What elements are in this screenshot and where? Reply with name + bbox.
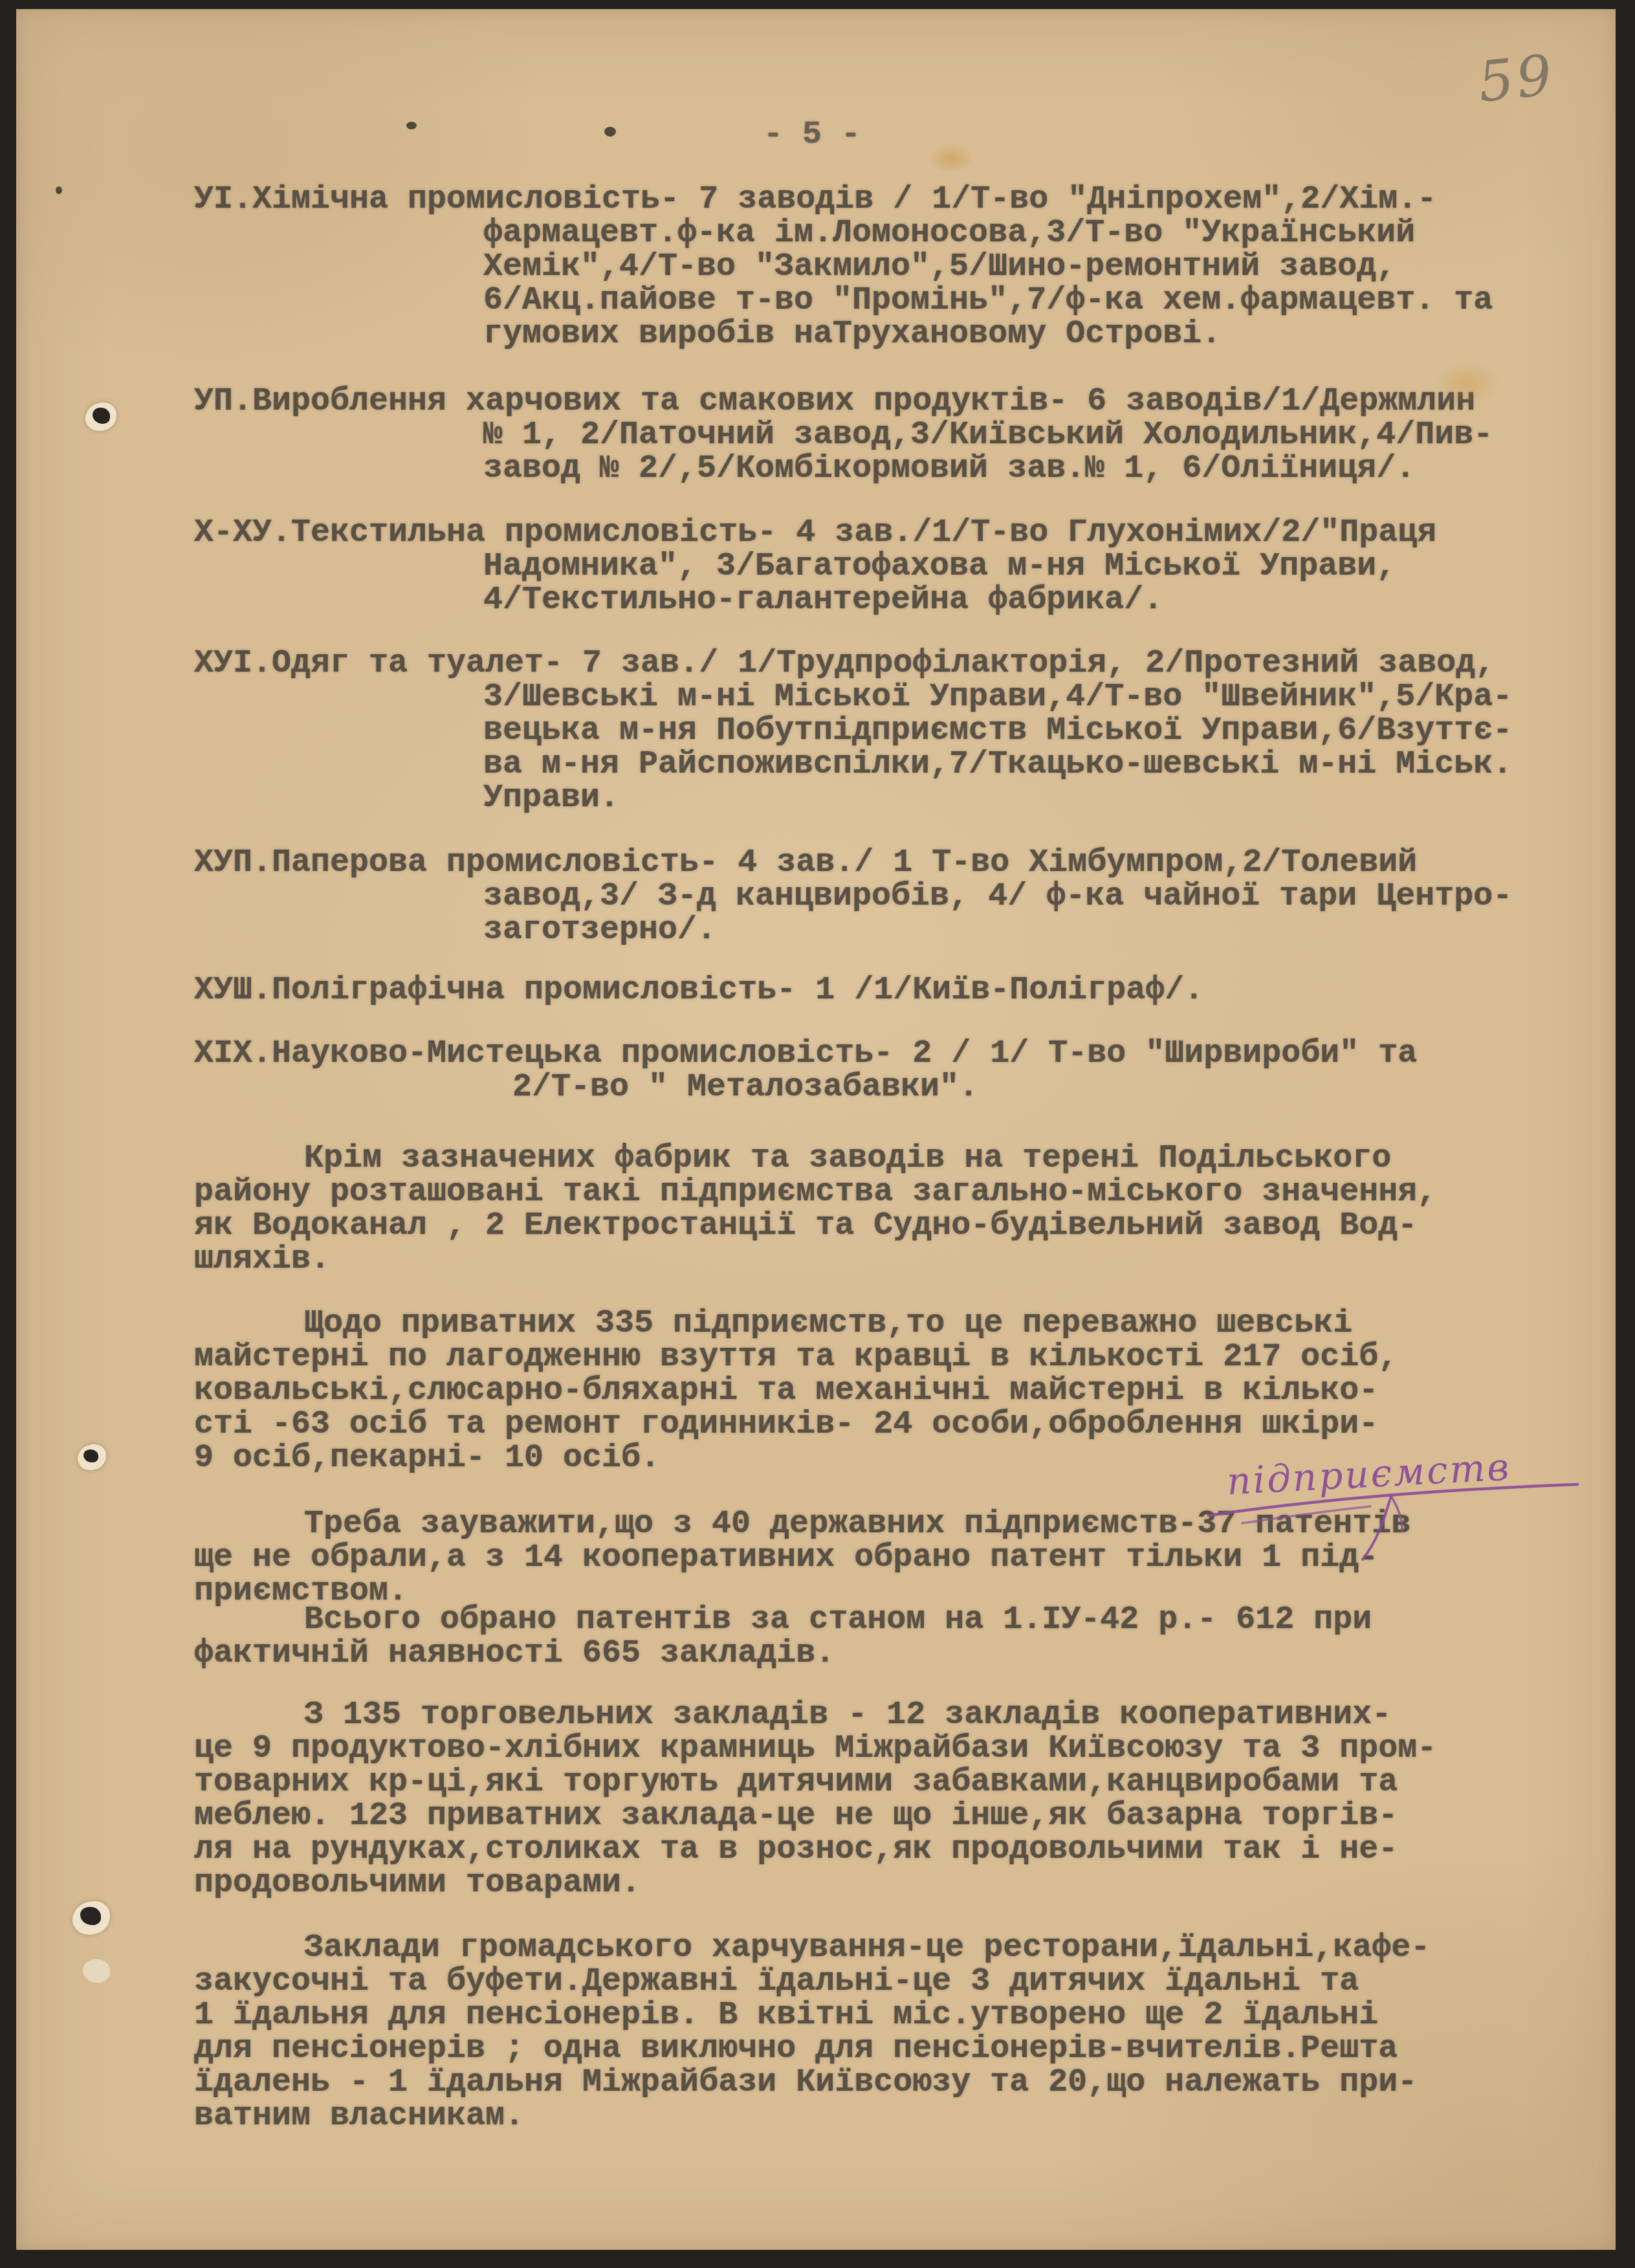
typed-line: ХІХ.Науково-Мистецька промисловість- 2 /… — [194, 1037, 1527, 1071]
paper-dent — [83, 1959, 110, 1983]
typed-page-marker: - 5 - — [763, 118, 958, 152]
ink-speck — [56, 186, 62, 194]
typed-line: меблею. 123 приватних заклада-це не що і… — [194, 1800, 1527, 1833]
typed-line: завод № 2/,5/Комбікормовий зав.№ 1, 6/Ол… — [194, 452, 1527, 486]
typed-line: закусочні та буфети.Державні їдальні-це … — [194, 1965, 1527, 1999]
typed-line: завод,3/ З-д канцвиробів, 4/ ф-ка чайної… — [194, 880, 1527, 914]
section-xvii-paper-industry: ХУП.Паперова промисловість- 4 зав./ 1 Т-… — [194, 846, 1527, 947]
typed-line: 4/Текстильно-галантерейна фабрика/. — [194, 584, 1527, 617]
typed-line: ля на рундуках,столиках та в рознос,як п… — [194, 1833, 1527, 1867]
section-xix-arts-industry: ХІХ.Науково-Мистецька промисловість- 2 /… — [194, 1037, 1527, 1105]
typed-line: 3/Шевські м-ні Міської Управи,4/Т-во "Шв… — [194, 681, 1527, 714]
section-xvi-clothing: ХУІ.Одяг та туалет- 7 зав./ 1/Трудпрофіл… — [194, 647, 1527, 815]
typed-line: вецька м-ня Побутпідприємств Міської Упр… — [194, 714, 1527, 748]
typed-line: гумових виробів наТрухановому Острові. — [194, 318, 1527, 351]
paragraph-catering-establishments: Заклади громадського харчування-це ресто… — [194, 1932, 1527, 2133]
typed-line: заготзерно/. — [194, 914, 1527, 947]
typed-line: З 135 торговельних закладів - 12 закладі… — [194, 1699, 1527, 1732]
typed-line: 6/Акц.пайове т-во "Промінь",7/ф-ка хем.ф… — [194, 284, 1527, 318]
typed-line: Заклади громадського харчування-це ресто… — [194, 1932, 1527, 1965]
typed-line: фармацевт.ф-ка ім.Ломоносова,3/Т-во "Укр… — [194, 217, 1527, 250]
ink-speck — [604, 127, 616, 137]
typed-line: як Водоканал , 2 Електростанції та Судно… — [194, 1209, 1527, 1243]
section-x-xv-textile-industry: Х-ХУ.Текстильна промисловість- 4 зав./1/… — [194, 516, 1527, 617]
typed-line: ва м-ня Райспоживспілки,7/Ткацько-шевськ… — [194, 748, 1527, 782]
handwritten-page-number: 59 — [1475, 43, 1557, 115]
typed-line: шляхів. — [194, 1243, 1527, 1277]
typed-line: Хемік",4/Т-во "Закмило",5/Шино-ремонтний… — [194, 250, 1527, 284]
typed-line: ХУІ.Одяг та туалет- 7 зав./ 1/Трудпрофіл… — [194, 647, 1527, 681]
section-vi-chemical-industry: УІ.Хімічна промисловість- 7 заводів / 1/… — [194, 183, 1527, 351]
typed-line: ХУП.Паперова промисловість- 4 зав./ 1 Т-… — [194, 846, 1527, 880]
typed-line: Надомника", 3/Багатофахова м-ня Міської … — [194, 550, 1527, 584]
handwritten-annotation: підприємств — [1197, 1448, 1598, 1571]
hole-core — [93, 408, 110, 424]
typed-line: ХУШ.Поліграфічна промисловість- 1 /1/Киї… — [194, 974, 1527, 1007]
section-xviii-printing-industry: ХУШ.Поліграфічна промисловість- 1 /1/Киї… — [194, 974, 1527, 1007]
typed-line: Крім зазначених фабрик та заводів на тер… — [194, 1142, 1527, 1176]
paper-stain — [928, 144, 974, 173]
typed-line: це 9 продуктово-хлібних крамниць Міжрайб… — [194, 1732, 1527, 1766]
paragraph-patents-total: Всього обрано патентів за станом на 1.ІУ… — [194, 1603, 1527, 1671]
photo-backdrop: 59 - 5 - УІ.Хімічна промисловість- 7 зав… — [0, 0, 1635, 2268]
ink-speck — [406, 122, 417, 129]
typed-line: ватним власникам. — [194, 2100, 1527, 2133]
typed-line: майстерні по лагодженню взуття та кравці… — [194, 1341, 1527, 1374]
typed-line: товарних кр-ці,які торгують дитячими заб… — [194, 1766, 1527, 1800]
typed-line: їдалень - 1 їдальня Міжрайбази Київсоюзу… — [194, 2066, 1527, 2100]
typed-line: 2/Т-во " Металозабавки". — [194, 1071, 1527, 1105]
typed-line: фактичній наявності 665 закладів. — [194, 1637, 1527, 1671]
typed-line: Щодо приватних 335 підприємств,то це пер… — [194, 1307, 1527, 1341]
typed-line: продовольчими товарами. — [194, 1867, 1527, 1900]
typed-line: району розташовані такі підприємства заг… — [194, 1176, 1527, 1209]
typed-line: для пенсіонерів ; одна виключно для пенс… — [194, 2032, 1527, 2066]
hole-core — [80, 1907, 101, 1925]
typed-line: Х-ХУ.Текстильна промисловість- 4 зав./1/… — [194, 516, 1527, 550]
typed-line: ковальські,слюсарно-бляхарні та механічн… — [194, 1374, 1527, 1408]
paragraph-trade-establishments: З 135 торговельних закладів - 12 закладі… — [194, 1699, 1527, 1900]
typed-line: УП.Вироблення харчових та смакових проду… — [194, 385, 1527, 419]
typed-line: 1 їдальня для пенсіонерів. В квітні міс.… — [194, 1999, 1527, 2032]
typed-line: Всього обрано патентів за станом на 1.ІУ… — [194, 1603, 1527, 1637]
paragraph-citywide-enterprises: Крім зазначених фабрик та заводів на тер… — [194, 1142, 1527, 1277]
typed-line: № 1, 2/Паточний завод,3/Київський Холоди… — [194, 419, 1527, 452]
hole-core — [83, 1449, 98, 1462]
typed-line: УІ.Хімічна промисловість- 7 заводів / 1/… — [194, 183, 1527, 217]
typed-line: Управи. — [194, 782, 1527, 815]
paper-stain — [1435, 362, 1500, 404]
section-vii-food-products: УП.Вироблення харчових та смакових проду… — [194, 385, 1527, 486]
typed-line: сті -63 осіб та ремонт годинників- 24 ос… — [194, 1408, 1527, 1442]
